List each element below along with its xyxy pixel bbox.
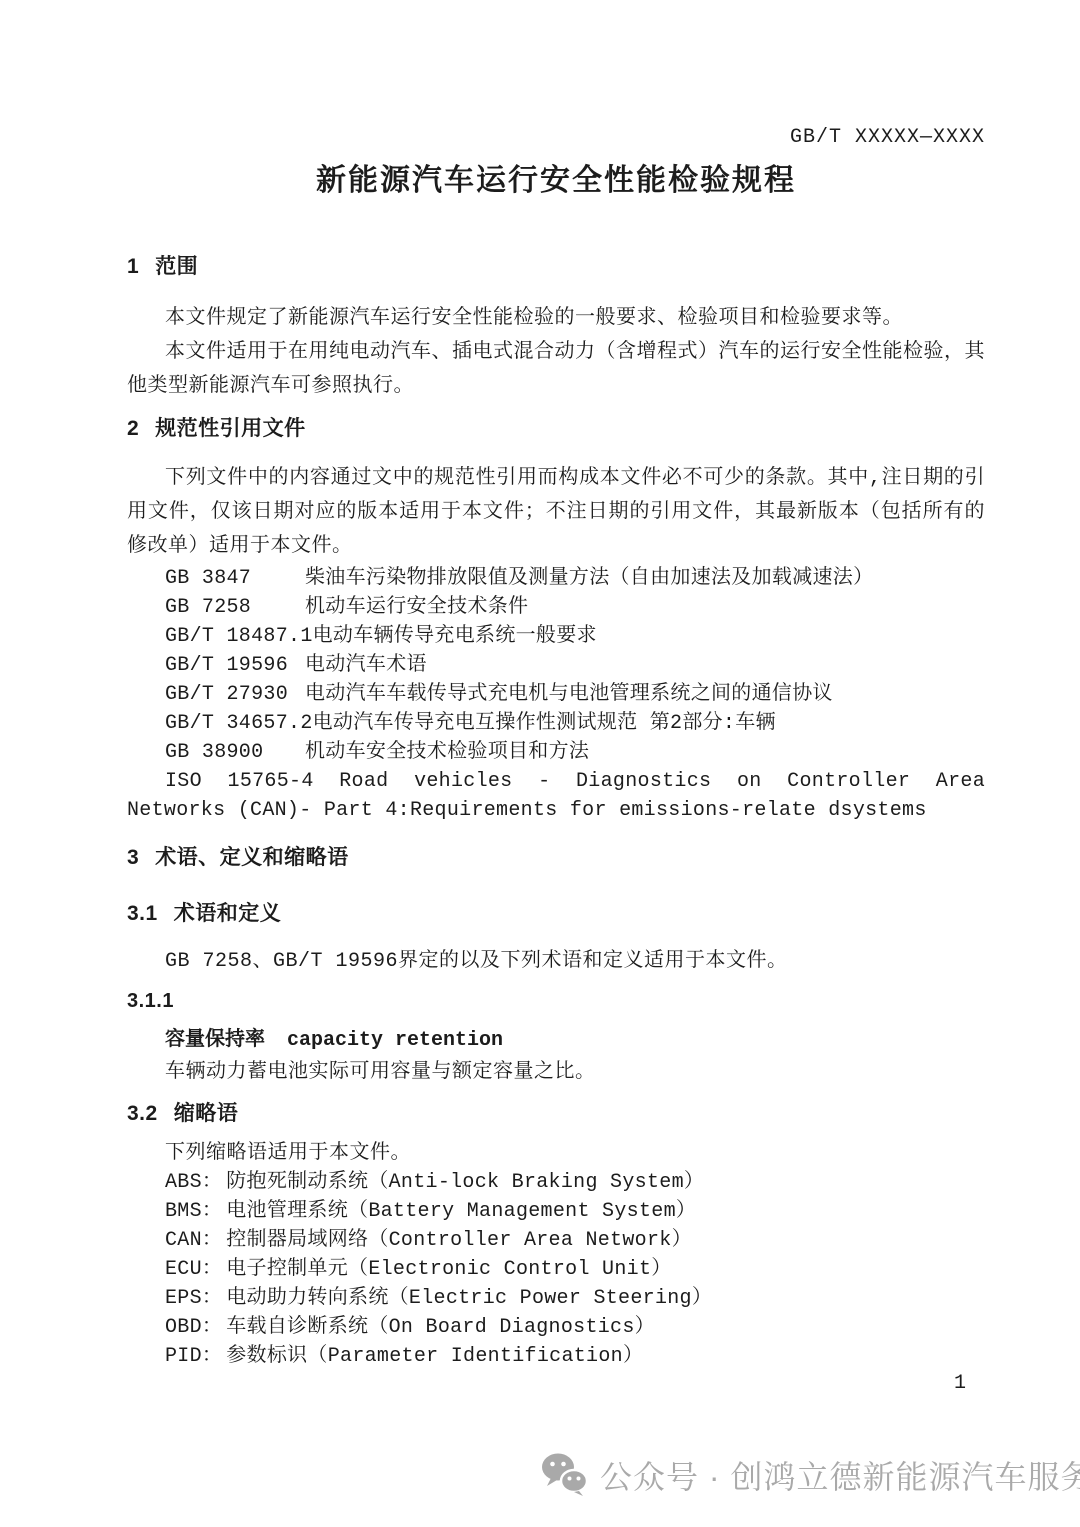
abbreviation-label: EPS：	[165, 1287, 222, 1310]
abbreviation-full: 车载自诊断系统（On Board Diagnostics）	[226, 1316, 655, 1339]
term-english: capacity retention	[287, 1029, 503, 1052]
section-number: 2	[127, 417, 139, 440]
reference-code: GB/T 18487.1	[165, 622, 313, 651]
reference-title: 电动汽车传导充电互操作性测试规范 第2部分:车辆	[313, 709, 985, 738]
wechat-icon	[540, 1452, 588, 1501]
term-chinese: 容量保持率	[165, 1028, 265, 1050]
reference-list: GB 3847柴油车污染物排放限值及测量方法（自由加速法及加载减速法） GB 7…	[127, 564, 985, 825]
watermark-text: 公众号 · 创鸿立德新能源汽车服务	[600, 1454, 1080, 1500]
document-content: GB/T XXXXX—XXXX 新能源汽车运行安全性能检验规程 1范围 本文件规…	[0, 0, 1080, 1371]
reference-title: 电动车辆传导充电系统一般要求	[313, 622, 985, 651]
section-number: 1	[127, 255, 139, 278]
section-number: 3	[127, 846, 139, 869]
reference-title: 柴油车污染物排放限值及测量方法（自由加速法及加载减速法）	[305, 564, 985, 593]
reference-code: GB 38900	[165, 738, 305, 767]
abbreviation-label: ECU：	[165, 1258, 222, 1281]
scope-paragraph-1: 本文件规定了新能源汽车运行安全性能检验的一般要求、检验项目和检验要求等。	[127, 302, 985, 336]
abbreviation-row: ECU：电子控制单元（Electronic Control Unit）	[127, 1255, 985, 1284]
abbreviation-row: CAN：控制器局域网络（Controller Area Network）	[127, 1226, 985, 1255]
abbreviations-intro: 下列缩略语适用于本文件。	[127, 1139, 985, 1168]
section-title: 术语和定义	[174, 902, 282, 925]
abbreviation-label: ABS：	[165, 1171, 222, 1194]
abbreviation-label: CAN：	[165, 1229, 222, 1252]
section-1-heading: 1范围	[127, 254, 985, 280]
section-title: 范围	[155, 255, 198, 278]
page-number: 1	[954, 1372, 966, 1396]
section-number: 3.1	[127, 902, 158, 925]
section-3-2-heading: 3.2缩略语	[127, 1101, 985, 1127]
reference-title: 电动汽车术语	[305, 651, 985, 680]
abbreviation-full: 电子控制单元（Electronic Control Unit）	[226, 1258, 671, 1281]
abbreviation-row: EPS：电动助力转向系统（Electric Power Steering）	[127, 1284, 985, 1313]
reference-code: GB/T 19596	[165, 651, 305, 680]
reference-row: GB/T 34657.2电动汽车传导充电互操作性测试规范 第2部分:车辆	[127, 709, 985, 738]
reference-row: GB 38900机动车安全技术检验项目和方法	[127, 738, 985, 767]
reference-title: 机动车安全技术检验项目和方法	[305, 738, 985, 767]
section-title: 缩略语	[174, 1102, 239, 1125]
scope-paragraph-2: 本文件适用于在用纯电动汽车、插电式混合动力（含增程式）汽车的运行安全性能检验，其…	[127, 336, 985, 404]
abbreviation-row: OBD：车载自诊断系统（On Board Diagnostics）	[127, 1313, 985, 1342]
term-entry: 容量保持率capacity retention	[127, 1026, 985, 1054]
normative-references-intro: 下列文件中的内容通过文中的规范性引用而构成本文件必不可少的条款。其中,注日期的引…	[127, 462, 985, 564]
reference-code: GB 7258	[165, 593, 305, 622]
standard-code: GB/T XXXXX—XXXX	[127, 126, 985, 150]
abbreviation-row: BMS：电池管理系统（Battery Management System）	[127, 1197, 985, 1226]
document-title: 新能源汽车运行安全性能检验规程	[127, 162, 985, 200]
abbreviation-row: ABS：防抱死制动系统（Anti-lock Braking System）	[127, 1168, 985, 1197]
abbreviation-full: 电池管理系统（Battery Management System）	[226, 1200, 696, 1223]
section-3-heading: 3术语、定义和缩略语	[127, 845, 985, 871]
abbreviation-full: 参数标识（Parameter Identification）	[226, 1345, 643, 1368]
abbreviation-row: PID：参数标识（Parameter Identification）	[127, 1342, 985, 1371]
reference-title: 机动车运行安全技术条件	[305, 593, 985, 622]
reference-title: 电动汽车车载传导式充电机与电池管理系统之间的通信协议	[305, 680, 985, 709]
abbreviation-label: OBD：	[165, 1316, 222, 1339]
section-3-1-heading: 3.1术语和定义	[127, 901, 985, 927]
reference-row: GB/T 27930电动汽车车载传导式充电机与电池管理系统之间的通信协议	[127, 680, 985, 709]
abbreviation-full: 防抱死制动系统（Anti-lock Braking System）	[226, 1171, 704, 1194]
iso-reference: ISO 15765-4 Road vehicles - Diagnostics …	[127, 767, 985, 825]
reference-row: GB/T 19596电动汽车术语	[127, 651, 985, 680]
document-page: GB/T XXXXX—XXXX 新能源汽车运行安全性能检验规程 1范围 本文件规…	[0, 0, 1080, 1527]
reference-row: GB 7258机动车运行安全技术条件	[127, 593, 985, 622]
reference-code: GB/T 34657.2	[165, 709, 313, 738]
abbreviation-full: 控制器局域网络（Controller Area Network）	[226, 1229, 692, 1252]
section-title: 规范性引用文件	[155, 417, 306, 440]
clause-3-1-1-number: 3.1.1	[127, 988, 985, 1014]
reference-row: GB/T 18487.1电动车辆传导充电系统一般要求	[127, 622, 985, 651]
reference-code: GB/T 27930	[165, 680, 305, 709]
term-definition: 车辆动力蓄电池实际可用容量与额定容量之比。	[127, 1058, 985, 1087]
reference-code: GB 3847	[165, 564, 305, 593]
section-2-heading: 2规范性引用文件	[127, 416, 985, 442]
abbreviation-full: 电动助力转向系统（Electric Power Steering）	[226, 1287, 712, 1310]
reference-row: GB 3847柴油车污染物排放限值及测量方法（自由加速法及加载减速法）	[127, 564, 985, 593]
abbreviation-label: PID：	[165, 1345, 222, 1368]
section-number: 3.2	[127, 1102, 158, 1125]
terms-intro: GB 7258、GB/T 19596界定的以及下列术语和定义适用于本文件。	[127, 947, 985, 976]
abbreviation-list: ABS：防抱死制动系统（Anti-lock Braking System） BM…	[127, 1168, 985, 1371]
section-title: 术语、定义和缩略语	[155, 846, 349, 869]
watermark: 公众号 · 创鸿立德新能源汽车服务	[540, 1452, 1080, 1501]
abbreviation-label: BMS：	[165, 1200, 222, 1223]
